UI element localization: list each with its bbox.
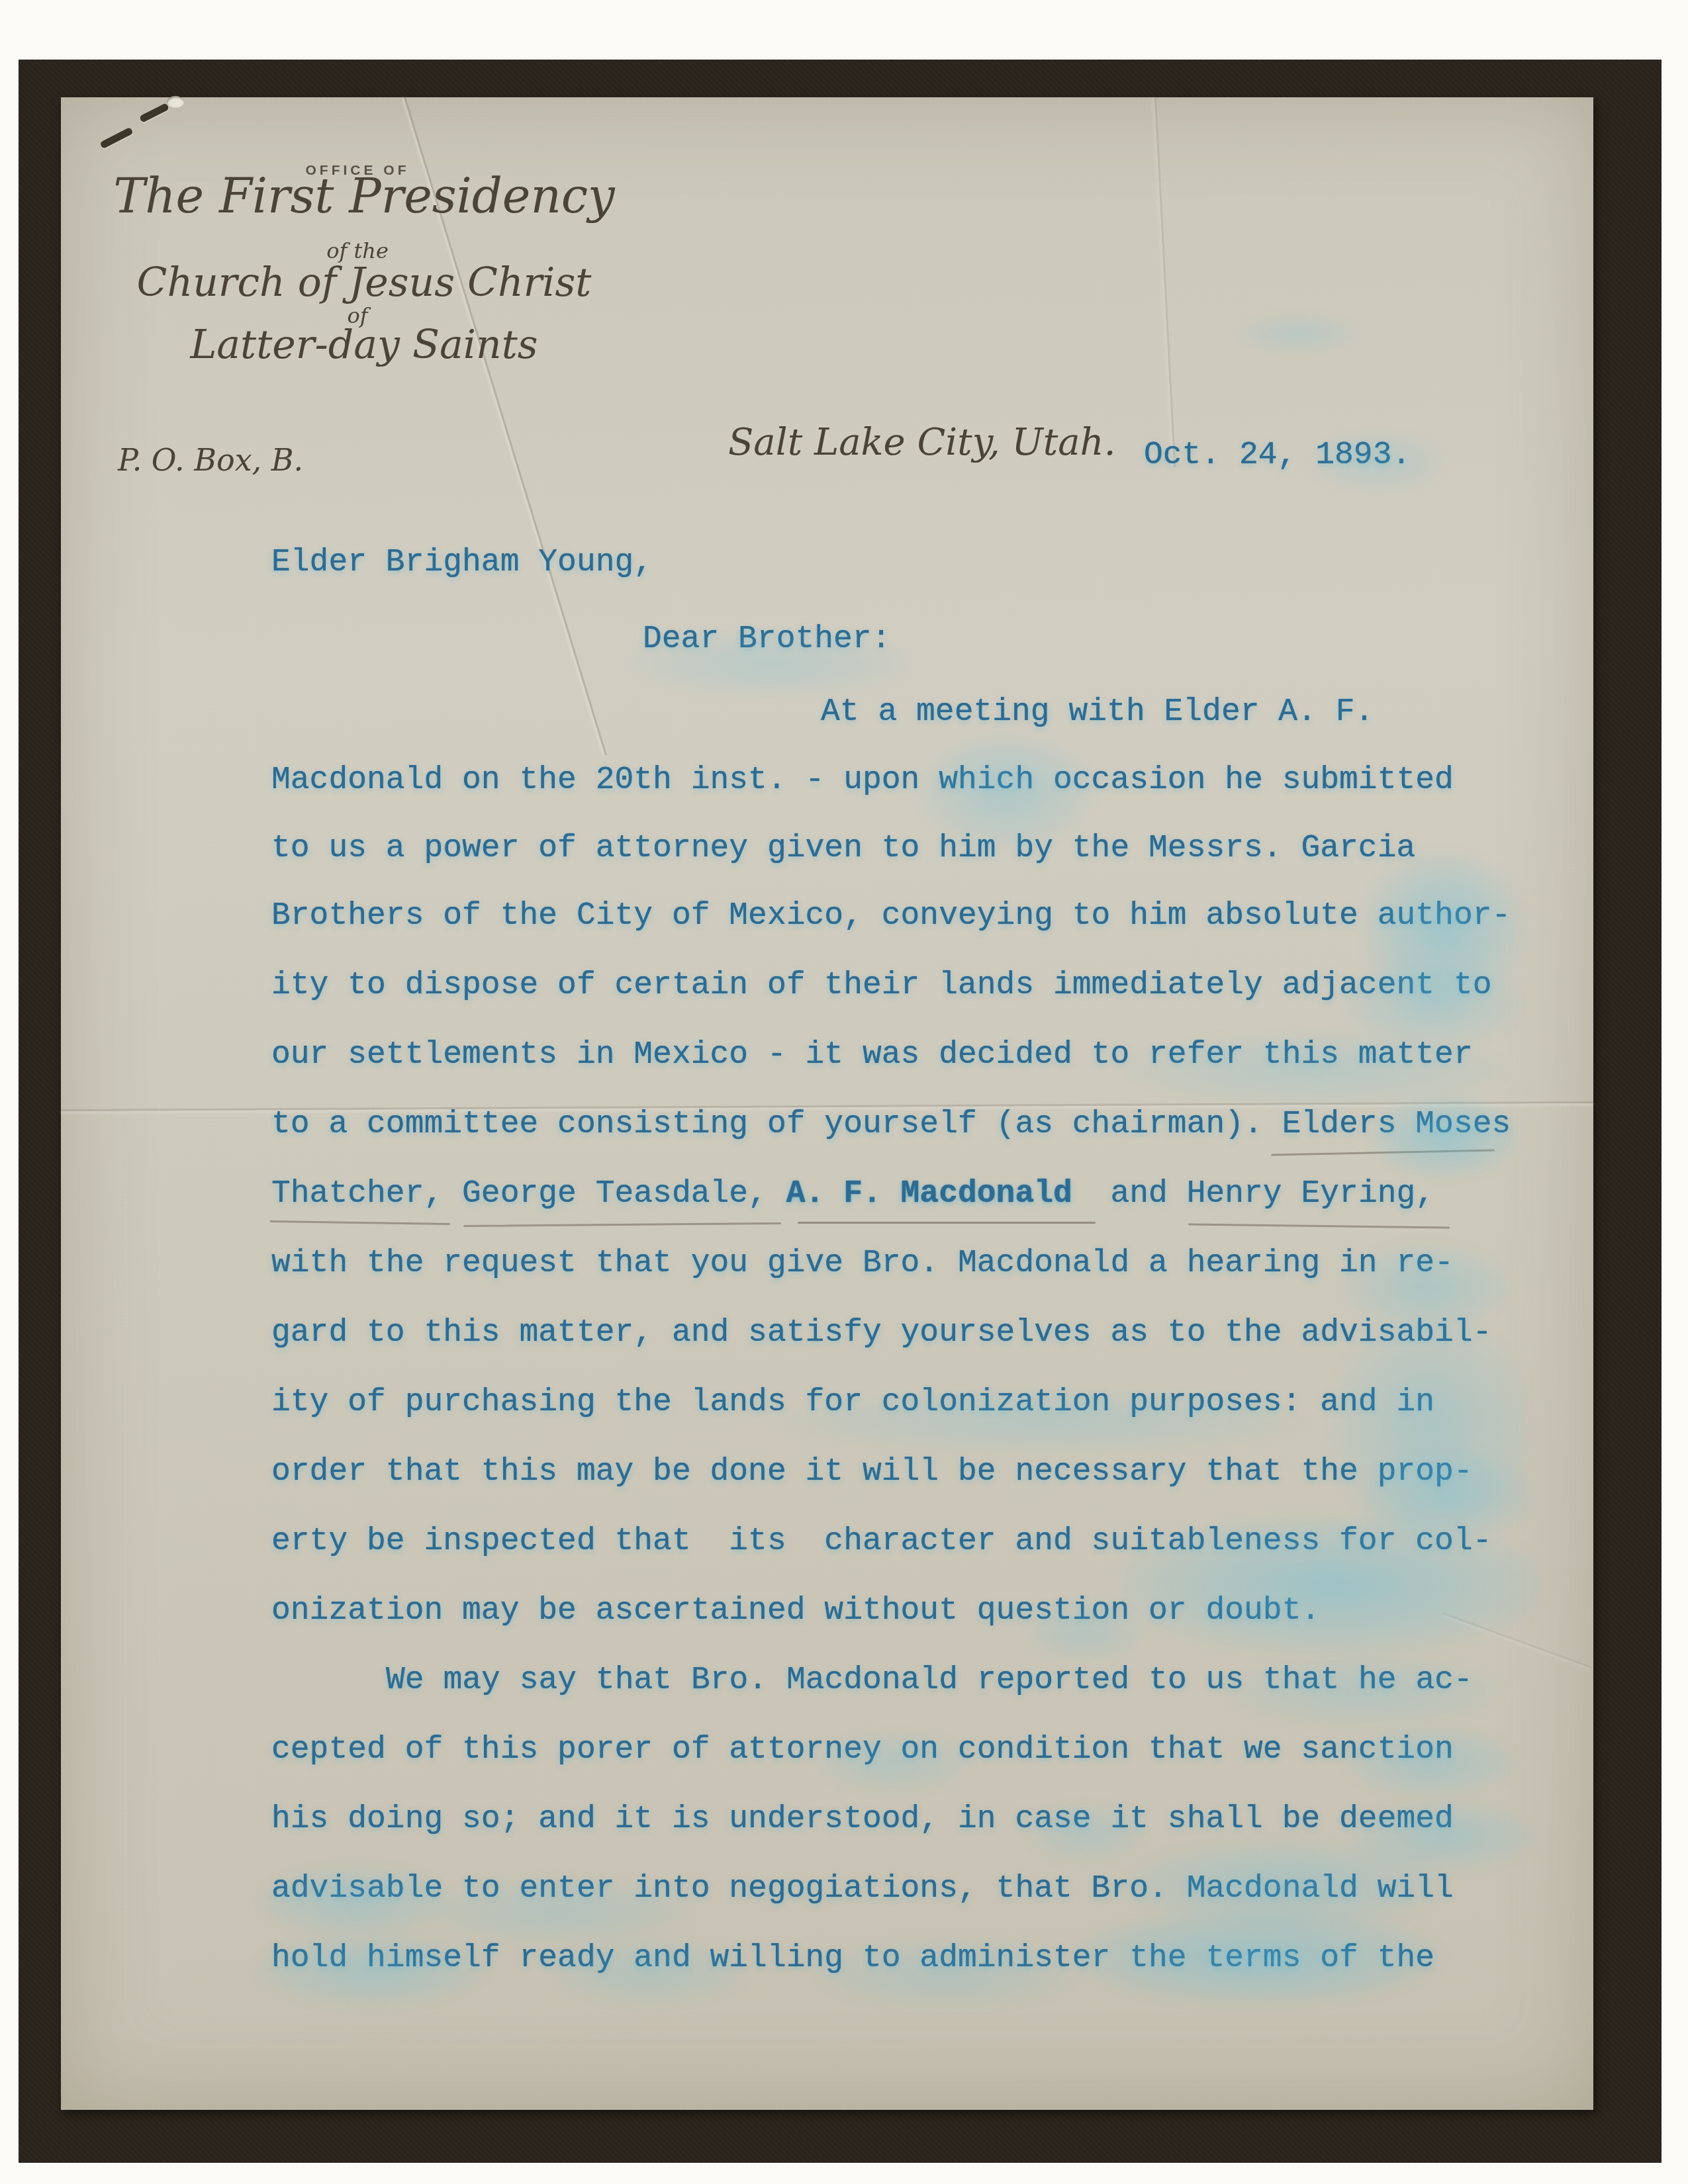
body-line: ity to dispose of certain of their lands… — [271, 967, 1492, 1005]
ink-smudge — [255, 1934, 487, 2007]
body-line: gard to this matter, and satisfy yoursel… — [271, 1314, 1492, 1353]
body-line-committee-names: Thatcher, George Teasdale, A. F. Macdona… — [271, 1175, 1434, 1214]
body-line: to us a power of attorney given to him b… — [271, 830, 1415, 868]
ink-smudge — [1344, 960, 1523, 1046]
staple-mark — [99, 127, 133, 149]
body-line: order that this may be done it will be n… — [271, 1453, 1473, 1492]
recipient-line: Elder Brigham Young, — [271, 544, 653, 582]
ink-smudge — [781, 1390, 1311, 1453]
letterhead-first-presidency: The First Presidency — [99, 168, 629, 224]
body-line: his doing so; and it is understood, in c… — [271, 1801, 1454, 1839]
scanned-letter-page: OFFICE OF The First Presidency of the Ch… — [0, 0, 1688, 2184]
body-line: with the request that you give Bro. Macd… — [271, 1245, 1454, 1283]
ink-smudge — [1238, 316, 1357, 352]
letterhead-latter-day-saints: Latter-day Saints — [99, 322, 629, 368]
ink-smudge — [549, 1939, 748, 2005]
ink-smudge — [814, 1733, 973, 1792]
letterhead-po-box: P. O. Box, B. — [118, 442, 303, 478]
body-line: to a committee consisting of yourself (a… — [271, 1106, 1511, 1144]
ink-smudge — [1225, 1655, 1503, 1727]
ink-smudge — [629, 630, 914, 696]
ink-smudge — [1125, 1032, 1509, 1105]
ink-smudge — [1026, 1803, 1145, 1863]
ink-smudge — [1072, 1909, 1443, 2005]
ink-smudge — [1370, 1095, 1519, 1178]
body-line: At a meeting with Elder A. F. — [821, 694, 1374, 732]
staple-mark — [139, 103, 169, 123]
body-line: Brothers of the City of Mexico, conveyin… — [271, 897, 1511, 936]
ink-smudge — [1119, 1516, 1542, 1655]
ink-smudge — [259, 1866, 451, 1936]
letterhead-place-line: Salt Lake City, Utah. — [728, 421, 1115, 464]
ink-smudge — [1311, 432, 1443, 492]
names-prefix: Thatcher, George Teasdale, — [271, 1176, 786, 1212]
ink-smudge — [1026, 1602, 1145, 1661]
ink-smudge — [814, 1939, 1079, 2009]
ink-smudge — [1344, 1727, 1516, 1797]
staple-dent — [167, 96, 184, 108]
letterhead-church-name: Church of Jesus Christ — [99, 259, 629, 306]
name-macdonald-bold: A. F. Macdonald — [786, 1176, 1072, 1212]
ink-smudge — [920, 735, 1092, 847]
names-suffix: and Henry Eyring, — [1072, 1176, 1434, 1212]
body-line: Macdonald on the 20th inst. - upon which… — [271, 762, 1454, 800]
pencil-underline-macdonald — [798, 1222, 1096, 1224]
paper-crease-vertical — [1154, 97, 1176, 467]
ink-smudge — [427, 1878, 692, 1944]
